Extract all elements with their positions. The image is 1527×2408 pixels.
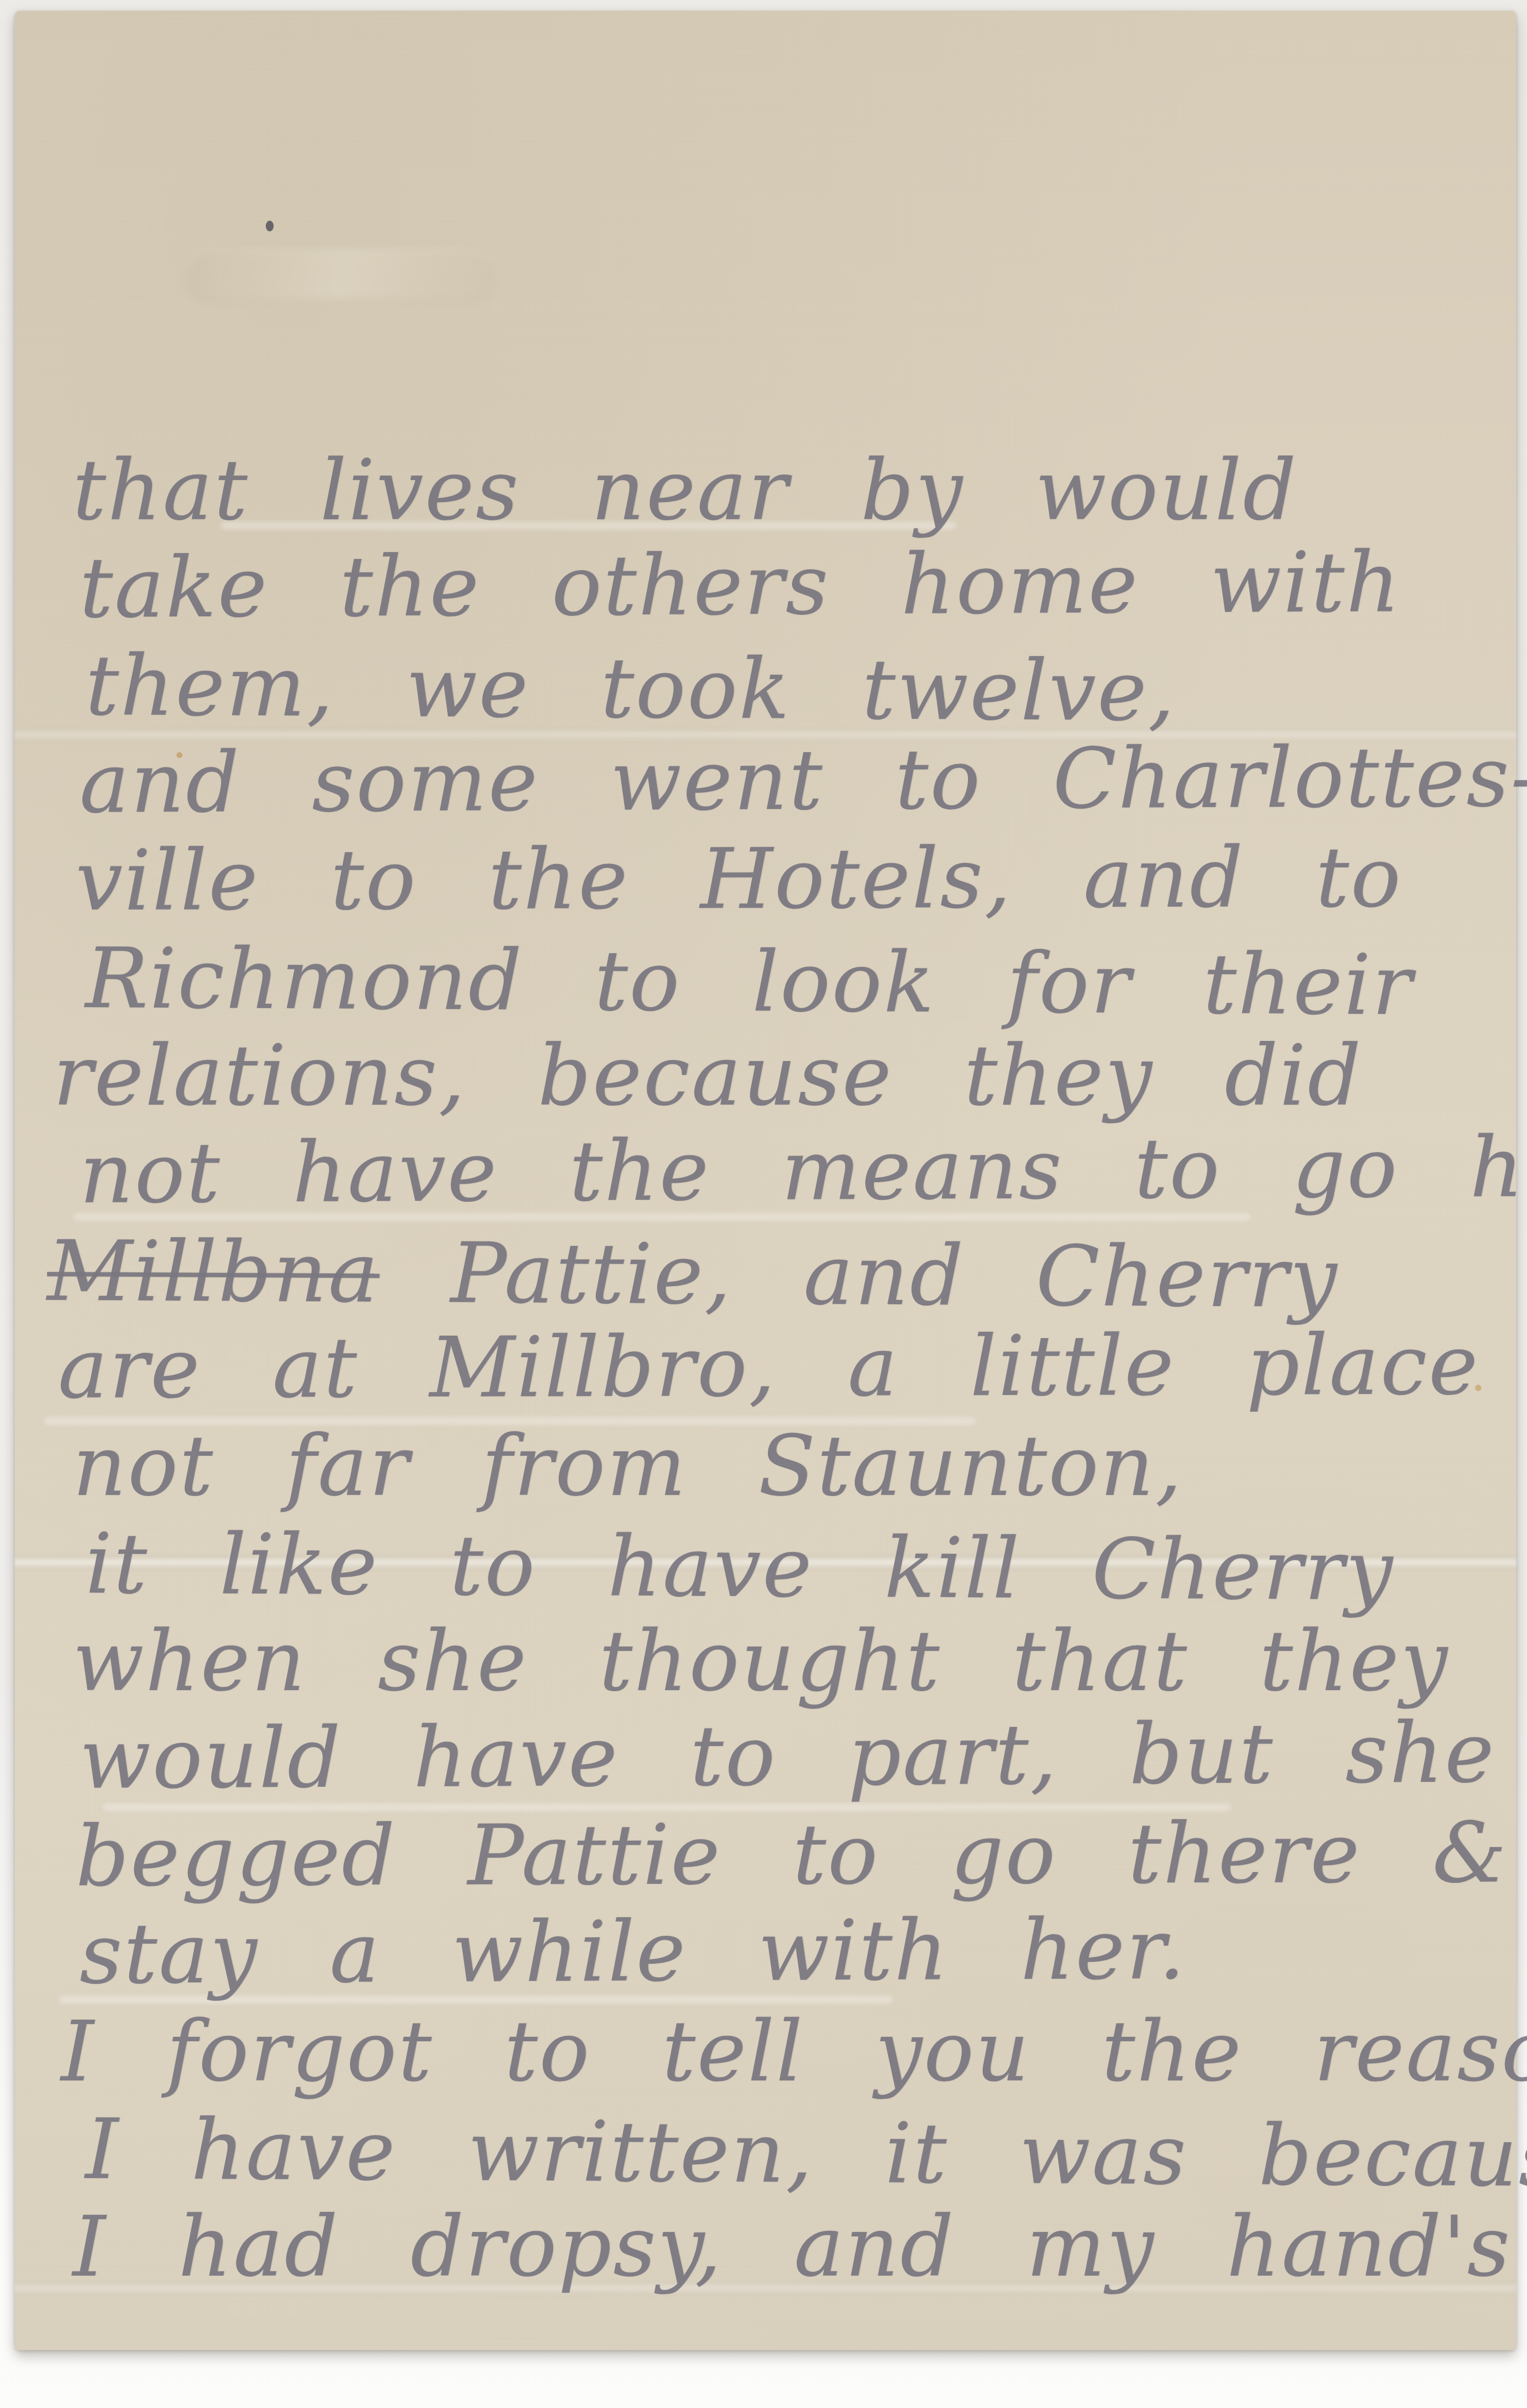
handwriting-line-6: Richmond to look for their — [85, 930, 1482, 1035]
embossed-stationery-stamp — [184, 250, 498, 301]
letter-scan: that lives near by wouldtake the others … — [0, 0, 1527, 2408]
handwriting-line-12: it like to have kill Cherry — [85, 1516, 1482, 1621]
line-text: Pattie, and Cherry — [379, 1225, 1338, 1327]
line-text: take the others home with — [79, 534, 1401, 637]
line-text: them, we took twelve, — [85, 637, 1176, 740]
handwriting-line-10: are at Millbro, a little place — [58, 1317, 1482, 1418]
line-text: begged Pattie to go there & — [76, 1804, 1508, 1905]
line-text: it like to have kill Cherry — [85, 1516, 1394, 1620]
line-text: stay a while with her. — [79, 1901, 1187, 2003]
letter-paper: that lives near by wouldtake the others … — [15, 11, 1516, 2350]
handwriting-line-3: them, we took twelve, — [85, 637, 1482, 742]
line-text: not far from Staunton, — [73, 1418, 1183, 1515]
handwriting-line-14: would have to part, but she — [79, 1705, 1482, 1808]
handwriting-line-1: that lives near by would — [73, 442, 1482, 540]
line-text: when she thought that they — [73, 1613, 1449, 1710]
line-text: Richmond to look for their — [85, 930, 1413, 1034]
line-text: and some went to Charlottes- — [79, 729, 1527, 832]
handwriting-line-18: I have written, it was because — [85, 2101, 1482, 2206]
handwriting-line-13: when she thought that they — [73, 1613, 1482, 1711]
handwriting-line-4: and some went to Charlottes- — [79, 729, 1482, 833]
line-text: not have the means to go home. — [79, 1118, 1527, 1222]
line-text: I have written, it was because — [85, 2101, 1527, 2206]
struck-word: Millbna — [47, 1223, 380, 1322]
line-text: would have to part, but she — [79, 1704, 1496, 1808]
handwriting-line-5: ville to the Hotels, and to — [76, 829, 1482, 930]
line-text: relations, because they did — [53, 1028, 1362, 1125]
line-text: are at Millbro, a little place — [58, 1317, 1479, 1418]
line-text: ville to the Hotels, and to — [76, 829, 1402, 930]
paper-speck — [266, 221, 274, 231]
handwriting-line-11: not far from Staunton, — [73, 1418, 1482, 1516]
handwriting-line-7: relations, because they did — [53, 1028, 1482, 1125]
line-text: I had dropsy, and my hand's — [73, 2199, 1511, 2296]
handwriting-line-2: take the others home with — [79, 534, 1482, 637]
handwriting-line-9: Millbna Pattie, and Cherry — [47, 1223, 1482, 1328]
handwriting-line-19: I had dropsy, and my hand's — [73, 2199, 1482, 2296]
handwriting-line-16: stay a while with her. — [79, 1900, 1482, 2003]
handwriting-line-15: begged Pattie to go there & — [76, 1804, 1482, 1906]
line-text: I forgot to tell you the reason — [61, 2003, 1527, 2101]
handwriting-line-8: not have the means to go home. — [79, 1119, 1482, 1223]
line-text: that lives near by would — [73, 442, 1298, 539]
handwriting-lines: that lives near by wouldtake the others … — [73, 442, 1482, 2296]
handwriting-line-17: I forgot to tell you the reason — [61, 2003, 1482, 2101]
